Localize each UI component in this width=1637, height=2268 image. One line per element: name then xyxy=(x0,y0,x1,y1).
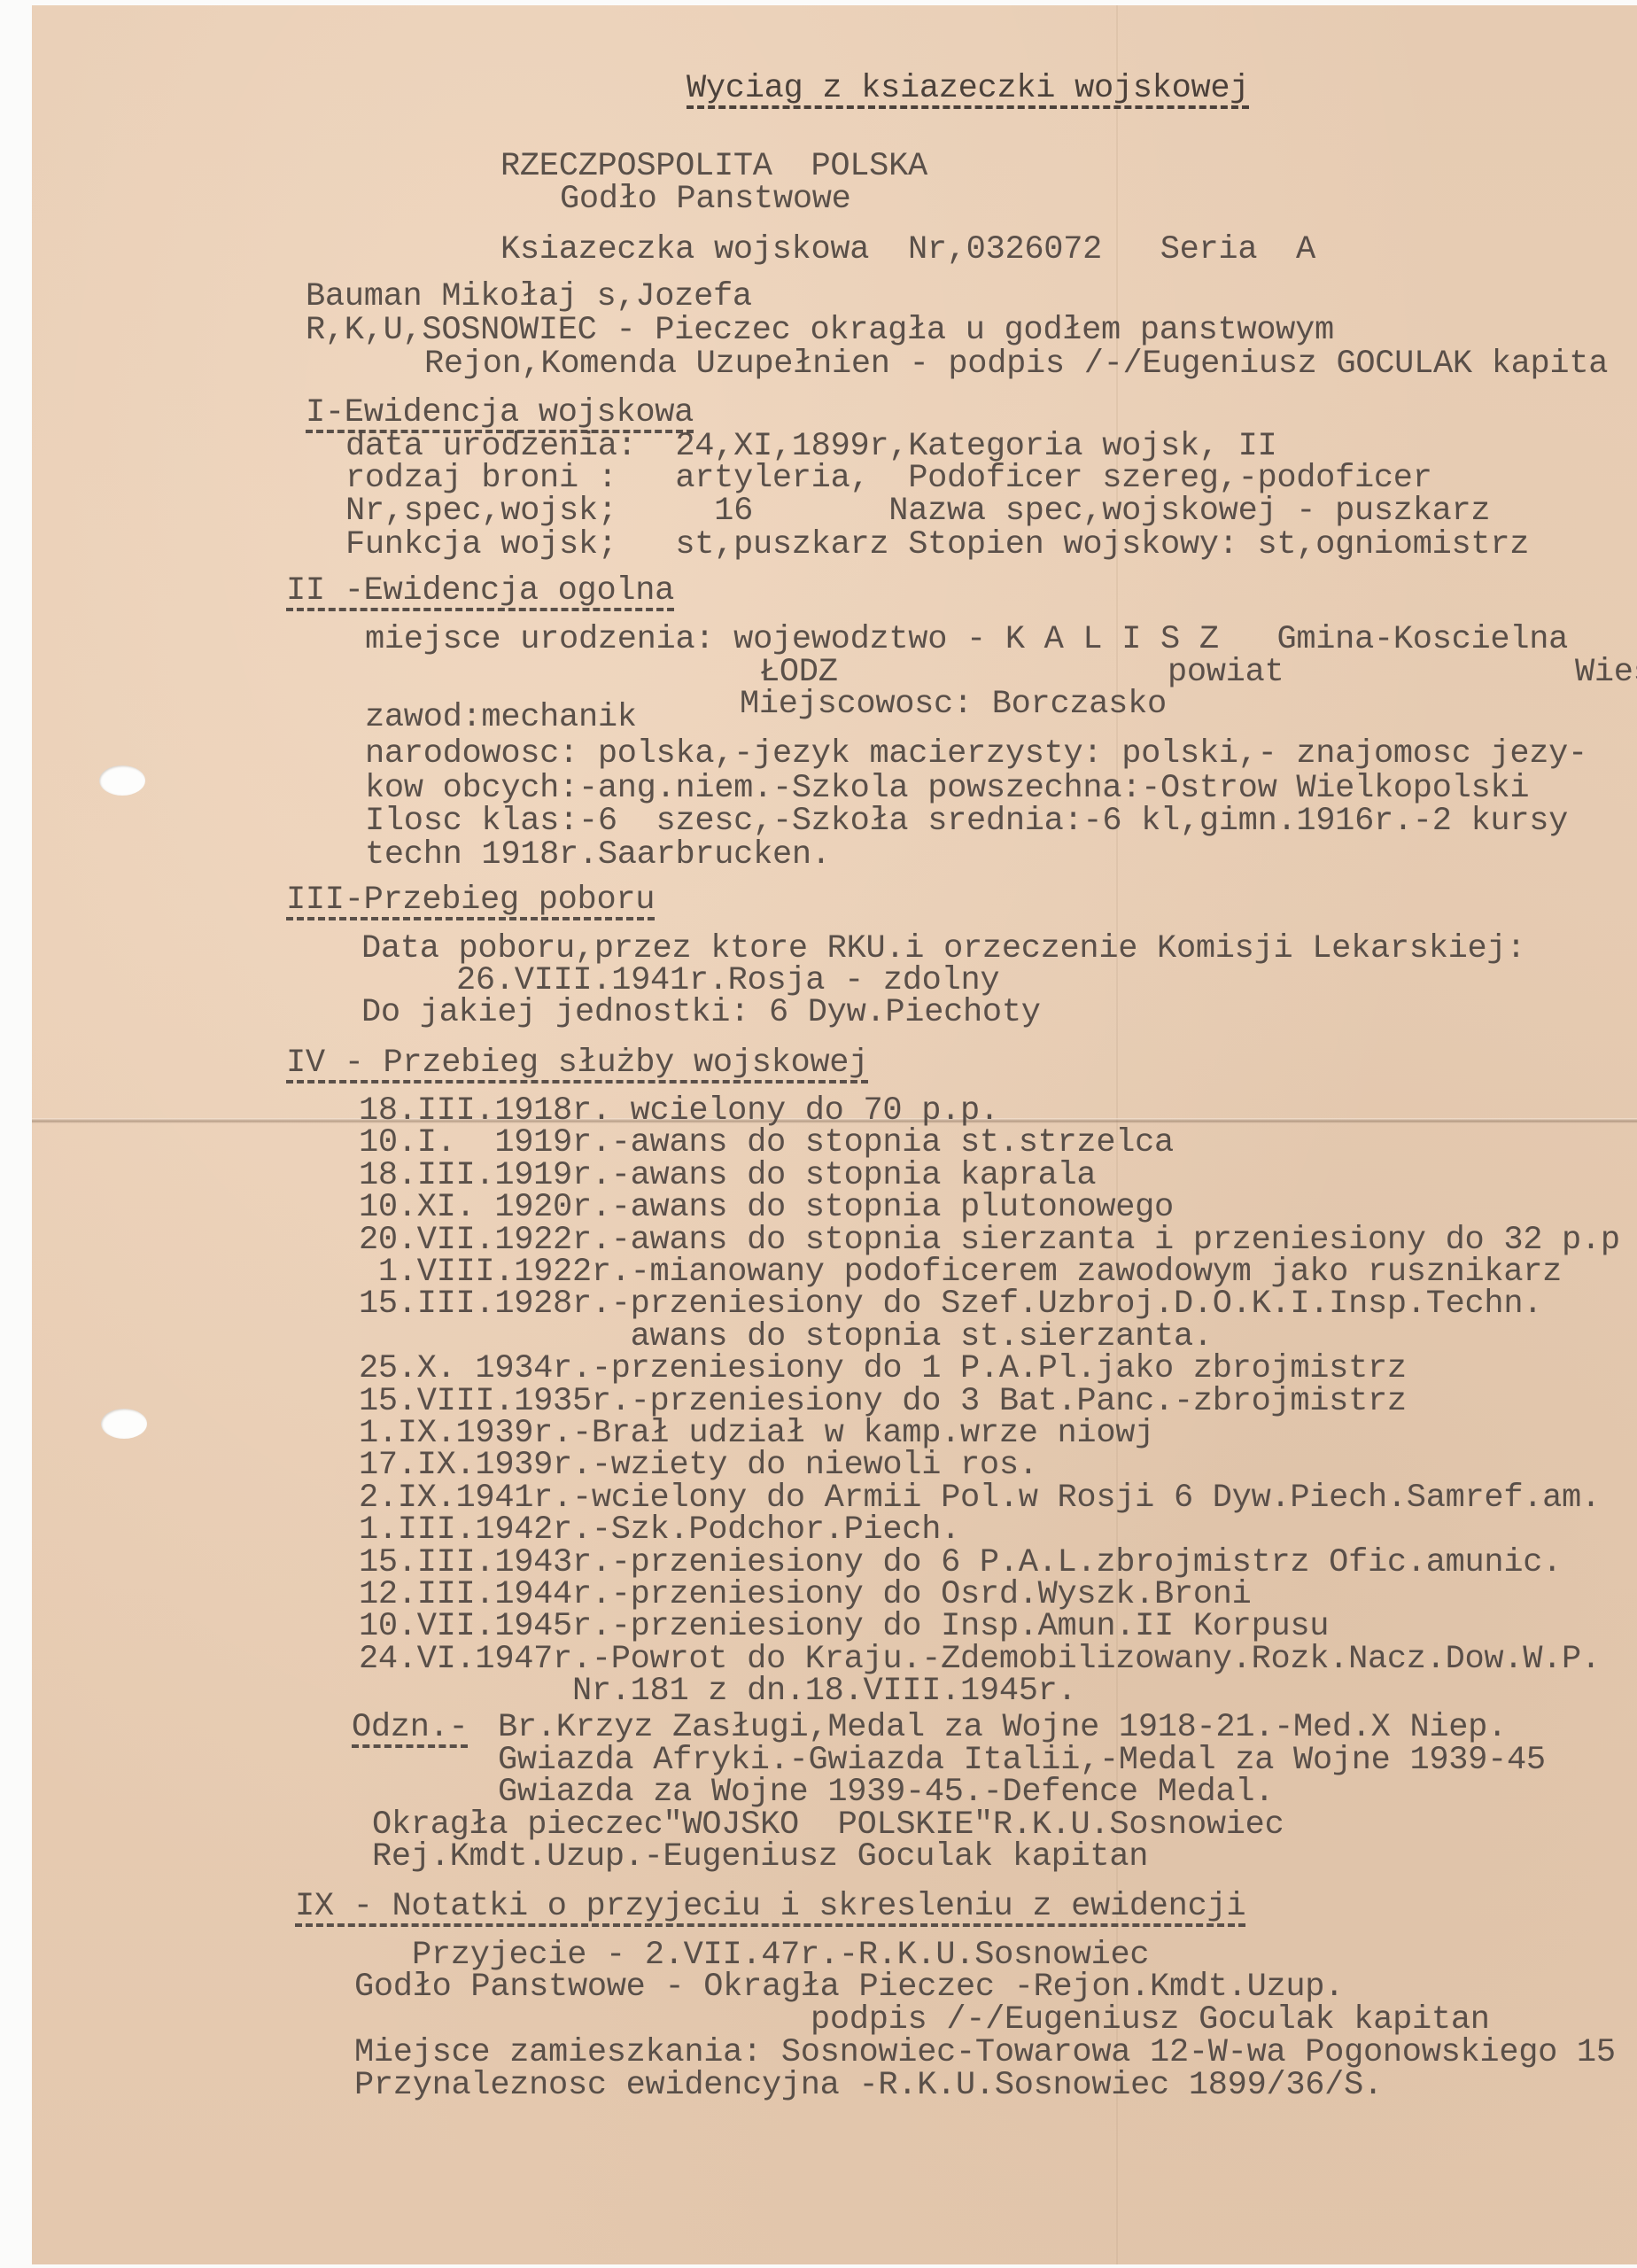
decoration-line: Br.Krzyz Zasługi,Medal za Wojne 1918-21.… xyxy=(498,1710,1507,1745)
section-line: Funkcja wojsk; st,puszkarz Stopien wojsk… xyxy=(345,527,1529,563)
section-line: kow obcych:-ang.niem.-Szkola powszechna:… xyxy=(365,771,1529,806)
stamp-line: Rej.Kmdt.Uzup.-Eugeniusz Goculak kapitan xyxy=(372,1839,1148,1875)
service-entry: 10.XI. 1920r.-awans do stopnia plutonowe… xyxy=(359,1190,1174,1225)
section-heading: III-Przebieg poboru xyxy=(286,882,655,918)
service-entry: 18.III.1919r.-awans do stopnia kaprala xyxy=(359,1158,1096,1193)
section-line: Miejscowosc: Borczasko xyxy=(740,687,1167,722)
section-line: Przynaleznosc ewidencyjna -R.K.U.Sosnowi… xyxy=(354,2068,1383,2103)
soldier-name: Bauman Mikołaj s,Jozefa xyxy=(306,279,752,315)
booklet-number: Ksiazeczka wojskowa Nr,0326072 Seria A xyxy=(500,232,1315,268)
section-line: Nr,spec,wojsk; 16 Nazwa spec,wojskowej -… xyxy=(345,493,1490,529)
service-entry: 17.IX.1939r.-wziety do niewoli ros. xyxy=(359,1448,1038,1483)
section-line: miejsce urodzenia: wojewodztwo - K A L I… xyxy=(365,622,1568,657)
service-entry: 10.I. 1919r.-awans do stopnia st.strzelc… xyxy=(359,1125,1174,1161)
office-signature: Rejon,Komenda Uzupełnien - podpis /-/Eug… xyxy=(424,346,1608,382)
section-heading: I-Ewidencja wojskowa xyxy=(306,395,694,431)
punch-hole-icon xyxy=(99,765,145,796)
section-line: Do jakiej jednostki: 6 Dyw.Piechoty xyxy=(361,995,1041,1030)
service-entry: 12.III.1944r.-przeniesiony do Osrd.Wyszk… xyxy=(359,1577,1252,1612)
decorations-label: Odzn.- xyxy=(352,1710,468,1745)
section-line: 26.VIII.1941r.Rosja - zdolny xyxy=(456,963,999,998)
section-heading: IX - Notatki o przyjeciu i skresleniu z … xyxy=(295,1889,1245,1924)
service-entry: 2.IX.1941r.-wcielony do Armii Pol.w Rosj… xyxy=(359,1480,1601,1516)
section-line: techn 1918r.Saarbrucken. xyxy=(365,837,831,873)
service-entry: 15.III.1928r.-przeniesiony do Szef.Uzbro… xyxy=(359,1286,1542,1322)
state-name: RZECZPOSPOLITA POLSKA xyxy=(500,149,927,184)
service-entry: awans do stopnia st.sierzanta. xyxy=(359,1319,1213,1355)
punch-hole-icon xyxy=(101,1409,147,1439)
document-title: Wyciag z ksiazeczki wojskowej xyxy=(687,71,1249,106)
decoration-line: Gwiazda Afryki.-Gwiazda Italii,-Medal za… xyxy=(498,1743,1546,1778)
service-entry: 15.III.1943r.-przeniesiony do 6 P.A.L.zb… xyxy=(359,1545,1562,1581)
service-entry: 10.VII.1945r.-przeniesiony do Insp.Amun.… xyxy=(359,1609,1329,1644)
section-line: Godło Panstwowe - Okragła Pieczec -Rejon… xyxy=(354,1969,1344,2005)
section-heading: IV - Przebieg służby wojskowej xyxy=(286,1045,868,1081)
service-entry: 25.X. 1934r.-przeniesiony do 1 P.A.Pl.ja… xyxy=(359,1351,1407,1386)
section-line: podpis /-/Eugeniusz Goculak kapitan xyxy=(811,2002,1490,2038)
section-line: Ilosc klas:-6 szesc,-Szkoła srednia:-6 k… xyxy=(365,804,1568,839)
service-entry: 1.III.1942r.-Szk.Podchor.Piech. xyxy=(359,1512,960,1548)
section-line: zawod:mechanik xyxy=(365,700,637,735)
section-line: Przyjecie - 2.VII.47r.-R.K.U.Sosnowiec xyxy=(412,1938,1149,1973)
service-entry: 18.III.1918r. wcielony do 70 p.p. xyxy=(359,1093,999,1129)
section-heading: II -Ewidencja ogolna xyxy=(286,573,674,609)
service-entry: Nr.181 z dn.18.VIII.1945r. xyxy=(359,1674,1076,1709)
stamp-line: Okragła pieczec"WOJSKO POLSKIE"R.K.U.Sos… xyxy=(372,1807,1284,1843)
service-entry: 1.IX.1939r.-Brał udział w kamp.wrze niow… xyxy=(359,1416,1154,1451)
section-line: data urodzenia: 24,XI,1899r,Kategoria wo… xyxy=(345,429,1276,464)
decoration-line: Gwiazda za Wojne 1939-45.-Defence Medal. xyxy=(498,1775,1274,1810)
office-stamp: R,K,U,SOSNOWIEC - Pieczec okragła u godł… xyxy=(306,313,1334,348)
section-line: Data poboru,przez ktore RKU.i orzeczenie… xyxy=(361,931,1525,967)
service-entry: 1.VIII.1922r.-mianowany podoficerem zawo… xyxy=(359,1254,1562,1290)
section-line: rodzaj broni : artyleria, Podoficer szer… xyxy=(345,461,1432,496)
section-line: ŁODZ powiat Wies xyxy=(760,655,1637,690)
state-emblem: Godło Panstwowe xyxy=(560,182,851,217)
service-entry: 24.VI.1947r.-Powrot do Kraju.-Zdemobiliz… xyxy=(359,1642,1601,1677)
service-entry: 20.VII.1922r.-awans do stopnia sierzanta… xyxy=(359,1223,1620,1258)
section-line: narodowosc: polska,-jezyk macierzysty: p… xyxy=(365,736,1587,772)
service-entry: 15.VIII.1935r.-przeniesiony do 3 Bat.Pan… xyxy=(359,1384,1407,1419)
section-line: Miejsce zamieszkania: Sosnowiec-Towarowa… xyxy=(354,2035,1616,2070)
